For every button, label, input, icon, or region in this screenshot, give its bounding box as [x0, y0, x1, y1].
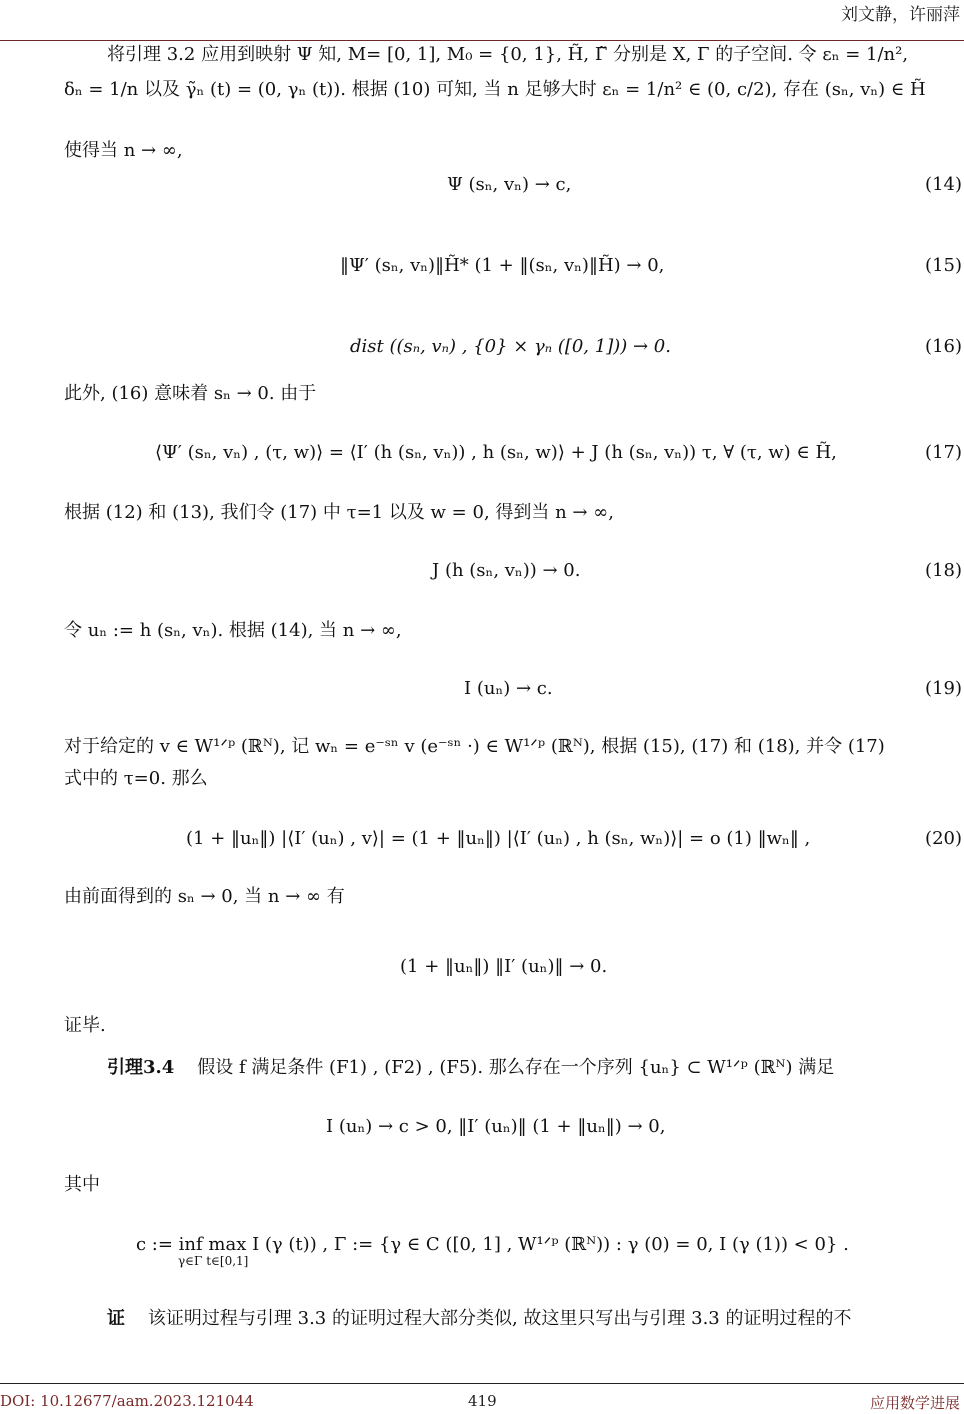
equation-number: (20) — [925, 826, 962, 852]
lemma-text: 假设 f 满足条件 (F1) , (F2) , (F5). 那么存在一个序列 {… — [197, 1057, 834, 1078]
equation-unnumbered: (1 + ‖uₙ‖) ‖I′ (uₙ)‖ → 0. — [400, 954, 607, 980]
paragraph-line: 其中 — [64, 1172, 100, 1198]
paragraph-line: 根据 (12) 和 (13), 我们令 (17) 中 τ=1 以及 w = 0,… — [64, 500, 614, 526]
equation-16: dist ((sₙ, vₙ) , {0} × γₙ ([0, 1])) → 0. — [350, 334, 671, 360]
header-divider — [0, 40, 964, 41]
paragraph-line: 式中的 τ=0. 那么 — [64, 766, 208, 792]
equation-number: (19) — [925, 676, 962, 702]
paragraph-line: δₙ = 1/n 以及 γ̃ₙ (t) = (0, γₙ (t)). 根据 (1… — [64, 77, 926, 103]
equation-number: (17) — [925, 440, 962, 466]
paragraph-line: 将引理 3.2 应用到映射 Ψ 知, M= [0, 1], M₀ = {0, 1… — [107, 42, 908, 68]
paragraph-line: 使得当 n → ∞, — [64, 138, 183, 164]
footer-divider — [0, 1383, 964, 1384]
equation-number: (15) — [925, 253, 962, 279]
paragraph-line: 对于给定的 v ∈ W¹ᐟᵖ (ℝᴺ), 记 wₙ = e⁻ˢⁿ v (e⁻ˢⁿ… — [64, 734, 885, 760]
paragraph-line: 由前面得到的 sₙ → 0, 当 n → ∞ 有 — [64, 884, 345, 910]
footer-doi[interactable]: DOI: 10.12677/aam.2023.121044 — [0, 1392, 254, 1410]
proof-label: 证 — [107, 1308, 125, 1329]
journal-name: 应用数学进展 — [870, 1392, 960, 1413]
equation-14: Ψ (sₙ, vₙ) → c, — [447, 172, 571, 198]
lemma-label: 引理3.4 — [107, 1057, 174, 1078]
proof-line: 证 该证明过程与引理 3.3 的证明过程大部分类似, 故这里只写出与引理 3.3… — [107, 1306, 851, 1332]
page-number: 419 — [468, 1392, 497, 1410]
equation-17: ⟨Ψ′ (sₙ, vₙ) , (τ, w)⟩ = ⟨I′ (h (sₙ, vₙ)… — [155, 440, 837, 466]
equation-number: (16) — [925, 334, 962, 360]
equation-20: (1 + ‖uₙ‖) |⟨I′ (uₙ) , v⟩| = (1 + ‖uₙ‖) … — [186, 826, 810, 852]
paragraph-line: 此外, (16) 意味着 sₙ → 0. 由于 — [64, 381, 316, 407]
equation-number: (14) — [925, 172, 962, 198]
equation-lemma: I (uₙ) → c > 0, ‖I′ (uₙ)‖ (1 + ‖uₙ‖) → 0… — [326, 1114, 665, 1140]
equation-15: ‖Ψ′ (sₙ, vₙ)‖H̃* (1 + ‖(sₙ, vₙ)‖H̃) → 0, — [340, 253, 664, 279]
lemma-3-4: 引理3.4 假设 f 满足条件 (F1) , (F2) , (F5). 那么存在… — [107, 1055, 834, 1081]
equation-number: (18) — [925, 558, 962, 584]
header-authors: 刘文静，许丽萍 — [841, 0, 960, 25]
proof-text: 该证明过程与引理 3.3 的证明过程大部分类似, 故这里只写出与引理 3.3 的… — [148, 1308, 852, 1329]
equation-19: I (uₙ) → c. — [464, 676, 553, 702]
equation-subscript: γ∈Γ t∈[0,1] — [178, 1254, 248, 1268]
qed-text: 证毕. — [64, 1013, 106, 1039]
paragraph-line: 令 uₙ := h (sₙ, vₙ). 根据 (14), 当 n → ∞, — [64, 618, 402, 644]
equation-18: J (h (sₙ, vₙ)) → 0. — [432, 558, 580, 584]
